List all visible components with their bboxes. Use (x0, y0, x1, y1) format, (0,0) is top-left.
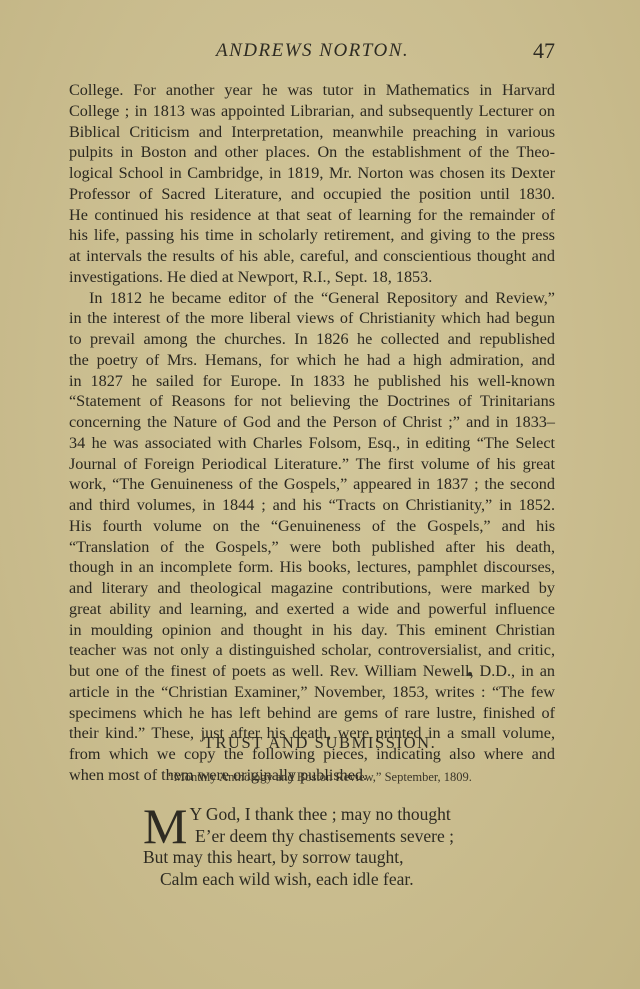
text-line: and third volumes, in 1844 ; and his “Tr… (69, 495, 555, 516)
poem-line: Calm each wild wish, each idle fear. (143, 869, 543, 891)
text-line: teacher was not only a distinguished sch… (69, 640, 555, 661)
book-page: ANDREWS NORTON. 47 College. For another … (0, 0, 640, 989)
ink-speck (468, 672, 472, 676)
poem-line: But may this heart, by sorrow taught, (143, 847, 543, 869)
text-line: concerning the Nature of God and the Per… (69, 412, 555, 433)
poem-line: E’er deem thy chastisements severe ; (143, 826, 543, 848)
text-line: at intervals the results of his able, ca… (69, 246, 555, 267)
text-line: investigations. He died at Newport, R.I.… (69, 267, 555, 288)
text-line: the poetry of Mrs. Hemans, for which he … (69, 350, 555, 371)
text-line: “Translation of the Gospels,” were both … (69, 537, 555, 558)
poem-source-citation: “Monthly Anthology and Boston Review,” S… (0, 770, 640, 785)
text-line: pulpits in Boston and other places. On t… (69, 142, 555, 163)
poem-stanza: M Y God, I thank thee ; may no thought E… (143, 804, 543, 890)
text-line: his life, passing his time in scholarly … (69, 225, 555, 246)
text-line: logical School in Cambridge, in 1819, Mr… (69, 163, 555, 184)
page-number: 47 (533, 38, 555, 64)
text-line: in moulding opinion and thought in his d… (69, 620, 555, 641)
drop-cap: M (143, 806, 187, 846)
paragraph-1: College. For another year he was tutor i… (69, 80, 555, 288)
text-line: He continued his residence at that seat … (69, 205, 555, 226)
text-line: though in an incomplete form. His books,… (69, 557, 555, 578)
text-line: Journal of Foreign Periodical Literature… (69, 454, 555, 475)
poem-line: Y God, I thank thee ; may no thought (143, 804, 543, 826)
text-line: Biblical Criticism and Interpretation, m… (69, 122, 555, 143)
text-line: work, “The Genuineness of the Gospels,” … (69, 474, 555, 495)
text-line: Professor of Sacred Literature, and occu… (69, 184, 555, 205)
text-line: In 1812 he became editor of the “General… (69, 288, 555, 309)
paragraph-2: In 1812 he became editor of the “General… (69, 288, 555, 786)
text-line: and literary and theological magazine co… (69, 578, 555, 599)
text-line: specimens which he has left behind are g… (69, 703, 555, 724)
text-line: 34 he was associated with Charles Folsom… (69, 433, 555, 454)
text-line: but one of the finest of poets as well. … (69, 661, 555, 682)
text-line: College ; in 1813 was appointed Libraria… (69, 101, 555, 122)
running-head: ANDREWS NORTON. 47 (0, 40, 640, 64)
text-line: article in the “Christian Examiner,” Nov… (69, 682, 555, 703)
running-title: ANDREWS NORTON. (216, 40, 409, 62)
text-line: in the interest of the more liberal view… (69, 308, 555, 329)
biography-text: College. For another year he was tutor i… (69, 80, 555, 786)
text-line: College. For another year he was tutor i… (69, 80, 555, 101)
text-line: “Statement of Reasons for not believing … (69, 391, 555, 412)
text-line: to prevail among the churches. In 1826 h… (69, 329, 555, 350)
text-line: His fourth volume on the “Genuineness of… (69, 516, 555, 537)
poem-title: TRUST AND SUBMISSION. (0, 733, 640, 753)
text-line: in 1827 he sailed for Europe. In 1833 he… (69, 371, 555, 392)
text-line: great ability and learning, and exerted … (69, 599, 555, 620)
